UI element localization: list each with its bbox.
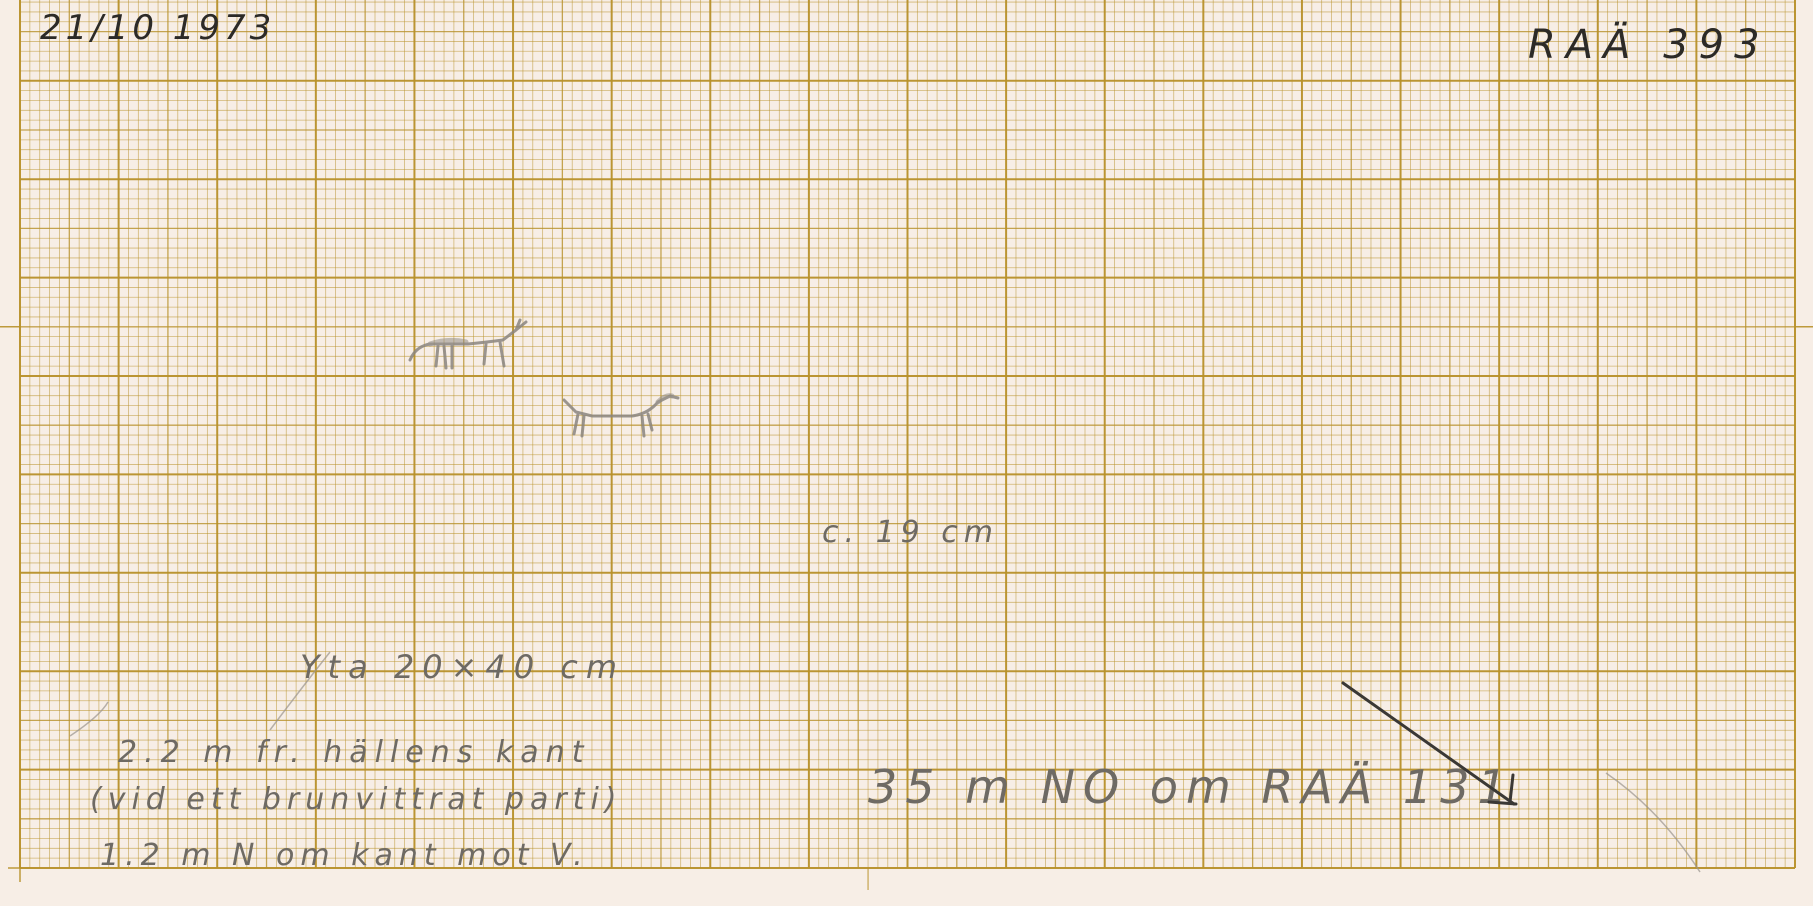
date-note: 21/10 1973 [40, 8, 275, 48]
location-note-line-1: 2.2 m fr. hällens kant [118, 735, 590, 770]
location-note-line-3: 1.2 m N om kant mot V. [100, 838, 589, 873]
location-note-line-2: (vid ett brunvittrat parti) [90, 782, 623, 817]
graph-paper-sheet: 21/10 1973 RAÄ 393 c. 19 cm Yta 20×40 cm… [0, 0, 1813, 906]
site-reference: RAÄ 393 [1528, 22, 1770, 68]
depth-note: c. 19 cm [822, 515, 999, 550]
area-note: Yta 20×40 cm [300, 648, 625, 686]
distance-note: 35 m NO om RAÄ 131 [868, 760, 1515, 814]
animal-figure-2-sketch [562, 390, 682, 450]
animal-figure-1-sketch [408, 318, 538, 378]
